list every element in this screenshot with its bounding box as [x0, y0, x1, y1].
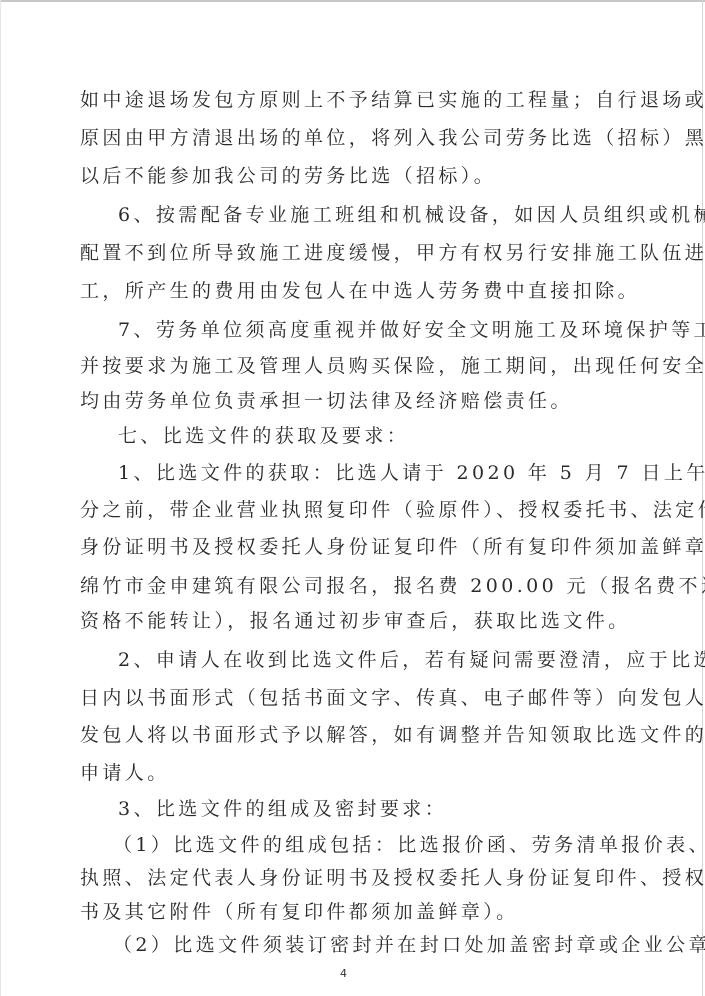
body-line: 发包人将以书面形式予以解答，如有调整并告知领取比选文件的所有 [80, 723, 620, 747]
body-line: 配置不到位所导致施工进度缓慢，甲方有权另行安排施工队伍进场施 [80, 241, 620, 265]
body-line: 分之前，带企业营业执照复印件（验原件）、授权委托书、法定代表人 [80, 498, 620, 522]
body-line: 申请人。 [80, 761, 620, 785]
body-line: 绵竹市金申建筑有限公司报名，报名费 200.00 元（报名费不退，投标 [80, 574, 620, 598]
clause-1-line: 1、比选文件的获取：比选人请于 2020 年 5 月 7 日上午 11 时 00 [118, 461, 658, 485]
clause-7-line: 7、劳务单位须高度重视并做好安全文明施工及环境保护等工作， [118, 318, 658, 342]
sub-clause-1-line: （1）比选文件的组成包括：比选报价函、劳务清单报价表、营业 [113, 833, 653, 857]
clause-2-line: 2、申请人在收到比选文件后，若有疑问需要澄清，应于比选前2 [118, 648, 658, 672]
body-line: 如中途退场发包方原则上不予结算已实施的工程量；自行退场或劳务 [80, 88, 620, 112]
sub-clause-2-line: （2）比选文件须装订密封并在封口处加盖密封章或企业公章。 [113, 933, 653, 957]
body-line: 执照、法定代表人身份证明书及授权委托人身份证复印件、授权委托 [80, 866, 620, 890]
scan-edge-left [0, 0, 1, 996]
clause-6-line: 6、按需配备专业施工班组和机械设备，如因人员组织或机械设备 [118, 203, 658, 227]
body-line: 以后不能参加我公司的劳务比选（招标）。 [80, 164, 620, 188]
body-line: 并按要求为施工及管理人员购买保险，施工期间，出现任何安全事故 [80, 354, 620, 378]
body-line: 日内以书面形式（包括书面文字、传真、电子邮件等）向发包人提出， [80, 686, 620, 710]
document-page: 如中途退场发包方原则上不予结算已实施的工程量；自行退场或劳务 原因由甲方清退出场… [0, 0, 705, 996]
page-number: 4 [340, 967, 347, 980]
clause-2-text: 2、申请人在收到比选文件后，若有疑问需要澄清，应于比选前 [118, 649, 705, 671]
scan-edge-top [0, 0, 705, 2]
clause-3-line: 3、比选文件的组成及密封要求： [118, 797, 658, 821]
body-line: 均由劳务单位负责承担一切法律及经济赔偿责任。 [80, 389, 620, 413]
body-line: 书及其它附件（所有复印件都须加盖鲜章）。 [80, 900, 620, 924]
body-line: 资格不能转让），报名通过初步审查后，获取比选文件。 [80, 609, 620, 633]
body-line: 身份证明书及授权委托人身份证复印件（所有复印件须加盖鲜章）到 [80, 535, 620, 559]
body-line: 原因由甲方清退出场的单位，将列入我公司劳务比选（招标）黑名单， [80, 126, 620, 150]
section-heading: 七、比选文件的获取及要求： [118, 424, 658, 448]
body-line: 工，所产生的费用由发包人在中选人劳务费中直接扣除。 [80, 279, 620, 303]
